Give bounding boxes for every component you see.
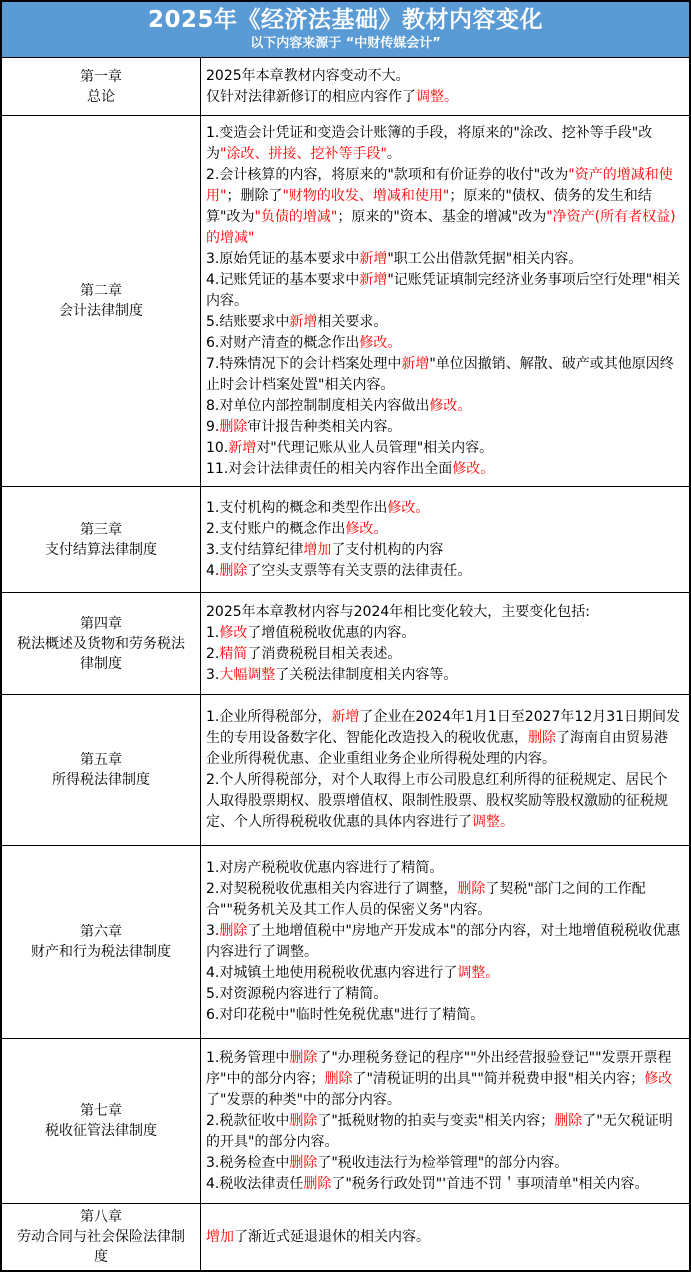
content-paragraph: 2025年本章教材内容与2024年相比变化较大，主要变化包括: [206, 602, 681, 623]
table-header: 2025年《经济法基础》教材内容变化 以下内容来源于 “中财传媒会计” [2, 2, 689, 57]
plain-text: ；删除了 [226, 188, 282, 204]
plain-text: 1.支付机构的概念和类型作出 [206, 500, 387, 516]
chapter-number: 第四章 [80, 614, 122, 634]
content-cell: 1.对房产税税收优惠内容进行了精简。2.对契税税收优惠相关内容进行了调整，删除了… [201, 846, 689, 1038]
highlight-text: 修改。 [452, 461, 494, 477]
content-paragraph: 1.对房产税税收优惠内容进行了精简。 [206, 858, 681, 879]
plain-text: 了空头支票等有关支票的法律责任。 [247, 563, 471, 579]
highlight-text: 新增 [331, 709, 359, 725]
highlight-text: 新增 [359, 251, 387, 267]
chapter-number: 第二章 [80, 281, 122, 301]
table-row: 第三章支付结算法律制度1.支付机构的概念和类型作出修改。2.支付账户的概念作出修… [2, 486, 689, 592]
content-cell: 1.税务管理中删除了"办理税务登记的程序""外出经营报验登记""发票开票程序"中… [201, 1039, 689, 1203]
plain-text: 了增值税税收优惠的内容。 [247, 625, 415, 641]
content-paragraph: 1.变造会计凭证和变造会计账簿的手段，将原来的"涂改、挖补等手段"改为"涂改、拼… [206, 123, 681, 165]
content-paragraph: 3.原始凭证的基本要求中新增"职工公出借款凭据"相关内容。 [206, 249, 681, 270]
plain-text: 4.记账凭证的基本要求中 [206, 272, 359, 288]
content-paragraph: 3.支付结算纪律增加了支付机构的内容 [206, 540, 681, 561]
plain-text: 11.对会计法律责任的相关内容作出全面 [206, 461, 452, 477]
highlight-text: 修改。 [429, 398, 471, 414]
highlight-text: 新增 [228, 440, 256, 456]
plain-text: 2.个人所得税部分，对个人取得上市公司股息红利所得的征税规定、居民个人取得股票期… [206, 772, 668, 830]
plain-text: 10. [206, 440, 228, 456]
content-cell: 2025年本章教材内容与2024年相比变化较大，主要变化包括:1.修改了增值税税… [201, 593, 689, 694]
highlight-text: 删除 [303, 1176, 331, 1192]
plain-text: 了"抵税财物的拍卖与变卖"相关内容； [317, 1113, 554, 1129]
chapter-name: 所得税法律制度 [52, 770, 150, 790]
content-paragraph: 1.修改了增值税税收优惠的内容。 [206, 623, 681, 644]
chapter-number: 第五章 [80, 750, 122, 770]
content-paragraph: 2.会计核算的内容，将原来的"款项和有价证券的收付"改为"资产的增减和使用"；删… [206, 165, 681, 249]
plain-text: 3. [206, 667, 219, 683]
highlight-text: "涂改、拼接、挖补等手段" [220, 146, 387, 162]
table-row: 第六章财产和行为税法律制度1.对房产税税收优惠内容进行了精简。2.对契税税收优惠… [2, 845, 689, 1038]
plain-text: 2. [206, 646, 219, 662]
plain-text: 3.税务检查中 [206, 1155, 289, 1171]
content-paragraph: 2.精简了消费税税目相关表述。 [206, 644, 681, 665]
plain-text: 2.税款征收中 [206, 1113, 289, 1129]
plain-text: 了"税收违法行为检举管理"的部分内容。 [317, 1155, 568, 1171]
content-paragraph: 7.特殊情况下的会计档案处理中新增"单位因撤销、解散、破产或其他原因终止时会计档… [206, 354, 681, 396]
plain-text: 相关要求。 [317, 314, 387, 330]
table-row: 第一章总论2025年本章教材内容变动不大。仅针对法律新修订的相应内容作了调整。 [2, 57, 689, 115]
plain-text: 了关税法律制度相关内容等。 [275, 667, 457, 683]
plain-text: 仅针对法律新修订的相应内容作了 [206, 89, 416, 105]
content-paragraph: 6.对印花税中"临时性免税优惠"进行了精简。 [206, 1005, 681, 1026]
plain-text: 2025年本章教材内容与2024年相比变化较大，主要变化包括: [206, 604, 590, 620]
plain-text: 了"发票的种类"中的部分内容。 [206, 1092, 401, 1108]
plain-text: 了消费税税目相关表述。 [247, 646, 401, 662]
chapter-cell: 第五章所得税法律制度 [2, 695, 201, 845]
highlight-text: 删除 [457, 881, 485, 897]
chapter-name: 财产和行为税法律制度 [31, 942, 171, 962]
highlight-text: 删除 [219, 419, 247, 435]
content-paragraph: 9.删除审计报告种类相关内容。 [206, 417, 681, 438]
plain-text: "职工公出借款凭据"相关内容。 [387, 251, 582, 267]
chapter-name: 支付结算法律制度 [45, 540, 157, 560]
plain-text: 。 [387, 146, 401, 162]
plain-text: 1.企业所得税部分， [206, 709, 331, 725]
plain-text: 1. [206, 625, 219, 641]
plain-text: 审计报告种类相关内容。 [247, 419, 401, 435]
plain-text: 2.会计核算的内容，将原来的"款项和有价证券的收付"改为 [206, 167, 568, 183]
highlight-text: "负债的增减" [254, 209, 337, 225]
content-paragraph: 5.结账要求中新增相关要求。 [206, 312, 681, 333]
plain-text: 6.对财产清查的概念作出 [206, 335, 359, 351]
highlight-text: 修改。 [345, 521, 387, 537]
content-cell: 增加了渐近式延退退休的相关内容。 [201, 1204, 689, 1270]
chapter-cell: 第六章财产和行为税法律制度 [2, 846, 201, 1038]
plain-text: ；原来的"资本、基金的增减"改为 [337, 209, 546, 225]
content-paragraph: 4.删除了空头支票等有关支票的法律责任。 [206, 561, 681, 582]
highlight-text: 删除 [289, 1050, 317, 1066]
highlight-text: 删除 [219, 923, 247, 939]
content-cell: 1.支付机构的概念和类型作出修改。2.支付账户的概念作出修改。3.支付结算纪律增… [201, 487, 689, 592]
chapter-name: 会计法律制度 [59, 301, 143, 321]
plain-text: 3. [206, 923, 219, 939]
highlight-text: 调整。 [416, 89, 458, 105]
plain-text: 2.对契税税收优惠相关内容进行了调整， [206, 881, 457, 897]
content-paragraph: 4.对城镇土地使用税税收优惠内容进行了调整。 [206, 963, 681, 984]
highlight-text: 增加 [303, 542, 331, 558]
content-paragraph: 2.支付账户的概念作出修改。 [206, 519, 681, 540]
highlight-text: 删除 [289, 1113, 317, 1129]
plain-text: 了"清税证明的出具""简并税费申报"相关内容； [352, 1071, 644, 1087]
chapter-cell: 第二章会计法律制度 [2, 116, 201, 486]
plain-text: 对"代理记账从业人员管理"相关内容。 [256, 440, 493, 456]
highlight-text: 新增 [289, 314, 317, 330]
plain-text: 5.对资源税内容进行了精简。 [206, 986, 387, 1002]
plain-text: 了土地增值税中"房地产开发成本"的部分内容，对土地增值税税收优惠内容进行了调整。 [206, 923, 680, 960]
chapter-number: 第一章 [80, 67, 122, 87]
content-paragraph: 11.对会计法律责任的相关内容作出全面修改。 [206, 459, 681, 480]
plain-text: 了渐近式延退退休的相关内容。 [234, 1229, 430, 1245]
content-paragraph: 4.税收法律责任删除了"税务行政处罚"'首违不罚＇事项清单"相关内容。 [206, 1174, 681, 1195]
plain-text: 3.支付结算纪律 [206, 542, 303, 558]
content-paragraph: 增加了渐近式延退退休的相关内容。 [206, 1227, 681, 1248]
content-paragraph: 1.支付机构的概念和类型作出修改。 [206, 498, 681, 519]
content-paragraph: 10.新增对"代理记账从业人员管理"相关内容。 [206, 438, 681, 459]
plain-text: 了"税务行政处罚"'首违不罚＇事项清单"相关内容。 [331, 1176, 648, 1192]
content-paragraph: 4.记账凭证的基本要求中新增"记账凭证填制完经济业务事项后空行处理"相关内容。 [206, 270, 681, 312]
plain-text: 1.对房产税税收优惠内容进行了精简。 [206, 860, 443, 876]
plain-text: 2.支付账户的概念作出 [206, 521, 345, 537]
content-paragraph: 2025年本章教材内容变动不大。 [206, 66, 681, 87]
content-paragraph: 2.对契税税收优惠相关内容进行了调整，删除了契税"部门之间的工作配合""税务机关… [206, 879, 681, 921]
table-row: 第八章劳动合同与社会保险法律制度增加了渐近式延退退休的相关内容。 [2, 1203, 689, 1270]
highlight-text: 修改 [219, 625, 247, 641]
content-paragraph: 1.企业所得税部分，新增了企业在2024年1月1日至2027年12月31日期间发… [206, 707, 681, 770]
highlight-text: 删除 [289, 1155, 317, 1171]
plain-text: 4.对城镇土地使用税税收优惠内容进行了 [206, 965, 457, 981]
chapter-number: 第七章 [80, 1101, 122, 1121]
content-cell: 2025年本章教材内容变动不大。仅针对法律新修订的相应内容作了调整。 [201, 58, 689, 115]
content-paragraph: 3.删除了土地增值税中"房地产开发成本"的部分内容，对土地增值税税收优惠内容进行… [206, 921, 681, 963]
content-paragraph: 2.个人所得税部分，对个人取得上市公司股息红利所得的征税规定、居民个人取得股票期… [206, 770, 681, 833]
content-paragraph: 8.对单位内部控制制度相关内容做出修改。 [206, 396, 681, 417]
content-cell: 1.企业所得税部分，新增了企业在2024年1月1日至2027年12月31日期间发… [201, 695, 689, 845]
page-title: 2025年《经济法基础》教材内容变化 [148, 7, 543, 34]
plain-text: 9. [206, 419, 219, 435]
table-row: 第五章所得税法律制度1.企业所得税部分，新增了企业在2024年1月1日至2027… [2, 694, 689, 845]
plain-text: 1.税务管理中 [206, 1050, 289, 1066]
highlight-text: 精简 [219, 646, 247, 662]
chapter-name: 税法概述及货物和劳务税法律制度 [14, 634, 188, 674]
highlight-text: 调整。 [457, 965, 499, 981]
textbook-changes-sheet: 2025年《经济法基础》教材内容变化 以下内容来源于 “中财传媒会计” 第一章总… [0, 0, 691, 1272]
content-paragraph: 1.税务管理中删除了"办理税务登记的程序""外出经营报验登记""发票开票程序"中… [206, 1048, 681, 1111]
highlight-text: 删除 [219, 563, 247, 579]
content-paragraph: 3.税务检查中删除了"税收违法行为检举管理"的部分内容。 [206, 1153, 681, 1174]
plain-text: 7.特殊情况下的会计档案处理中 [206, 356, 401, 372]
chapter-name: 税收征管法律制度 [45, 1121, 157, 1141]
content-cell: 1.变造会计凭证和变造会计账簿的手段，将原来的"涂改、挖补等手段"改为"涂改、拼… [201, 116, 689, 486]
chapter-cell: 第四章税法概述及货物和劳务税法律制度 [2, 593, 201, 694]
highlight-text: 大幅调整 [219, 667, 275, 683]
chapter-number: 第三章 [80, 520, 122, 540]
content-paragraph: 5.对资源税内容进行了精简。 [206, 984, 681, 1005]
plain-text: 了支付机构的内容 [331, 542, 443, 558]
highlight-text: 删除 [528, 730, 556, 746]
plain-text: 6.对印花税中"临时性免税优惠"进行了精简。 [206, 1007, 484, 1023]
plain-text: 4.税收法律责任 [206, 1176, 303, 1192]
plain-text: 4. [206, 563, 219, 579]
highlight-text: "财物的收发、增减和使用" [282, 188, 449, 204]
highlight-text: 修改。 [387, 500, 429, 516]
content-paragraph: 2.税款征收中删除了"抵税财物的拍卖与变卖"相关内容；删除了"无欠税证明的开具"… [206, 1111, 681, 1153]
chapter-cell: 第三章支付结算法律制度 [2, 487, 201, 592]
chapter-number: 第八章 [80, 1207, 122, 1227]
content-paragraph: 3.大幅调整了关税法律制度相关内容等。 [206, 665, 681, 686]
chapter-cell: 第八章劳动合同与社会保险法律制度 [2, 1204, 201, 1270]
content-paragraph: 仅针对法律新修订的相应内容作了调整。 [206, 87, 681, 108]
chapter-cell: 第一章总论 [2, 58, 201, 115]
highlight-text: 增加 [206, 1229, 234, 1245]
highlight-text: 删除 [554, 1113, 582, 1129]
plain-text: 5.结账要求中 [206, 314, 289, 330]
table-row: 第四章税法概述及货物和劳务税法律制度2025年本章教材内容与2024年相比变化较… [2, 592, 689, 694]
page-subtitle: 以下内容来源于 “中财传媒会计” [250, 35, 441, 52]
highlight-text: 删除 [324, 1071, 352, 1087]
chapter-cell: 第七章税收征管法律制度 [2, 1039, 201, 1203]
table-row: 第二章会计法律制度1.变造会计凭证和变造会计账簿的手段，将原来的"涂改、挖补等手… [2, 115, 689, 486]
table-row: 第七章税收征管法律制度1.税务管理中删除了"办理税务登记的程序""外出经营报验登… [2, 1038, 689, 1203]
chapter-number: 第六章 [80, 922, 122, 942]
content-paragraph: 6.对财产清查的概念作出修改。 [206, 333, 681, 354]
highlight-text: 修改。 [359, 335, 401, 351]
chapter-name: 总论 [87, 87, 115, 107]
plain-text: 2025年本章教材内容变动不大。 [206, 68, 410, 84]
chapter-name: 劳动合同与社会保险法律制度 [14, 1227, 188, 1267]
highlight-text: 新增 [359, 272, 387, 288]
highlight-text: 调整。 [472, 814, 514, 830]
highlight-text: 新增 [401, 356, 429, 372]
plain-text: 8.对单位内部控制制度相关内容做出 [206, 398, 429, 414]
highlight-text: 修改 [644, 1071, 672, 1087]
table-body: 第一章总论2025年本章教材内容变动不大。仅针对法律新修订的相应内容作了调整。第… [2, 57, 689, 1270]
plain-text: 3.原始凭证的基本要求中 [206, 251, 359, 267]
